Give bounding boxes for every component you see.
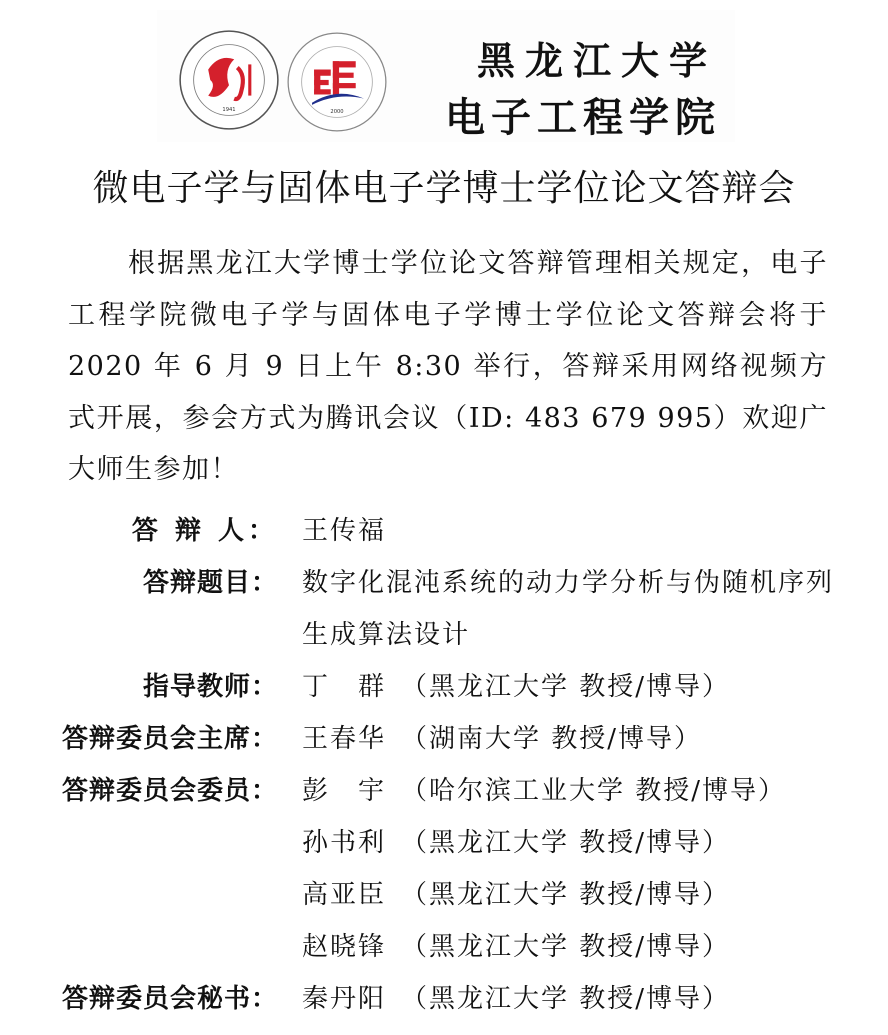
advisor-row: 指导教师： 丁 群 （黑龙江大学 教授/博导） bbox=[0, 666, 888, 706]
topic-row-cont: 生成算法设计 bbox=[0, 614, 888, 654]
advisor-value: 丁 群 （黑龙江大学 教授/博导） bbox=[302, 666, 730, 703]
chair-row: 答辩委员会主席： 王春华 （湖南大学 教授/博导） bbox=[0, 718, 888, 758]
secretary-label: 答辩委员会秘书： bbox=[62, 978, 278, 1015]
secretary-value: 秦丹阳 （黑龙江大学 教授/博导） bbox=[302, 978, 730, 1015]
defendant-label: 答 辩 人： bbox=[132, 510, 278, 547]
svg-text:1941: 1941 bbox=[222, 107, 235, 113]
member-item: 赵晓锋 （黑龙江大学 教授/博导） bbox=[302, 926, 730, 963]
secretary-row: 答辩委员会秘书： 秦丹阳 （黑龙江大学 教授/博导） bbox=[0, 978, 888, 1018]
topic-line2: 生成算法设计 bbox=[302, 614, 470, 651]
members-row: 孙书利 （黑龙江大学 教授/博导） bbox=[0, 822, 888, 862]
defendant-value: 王传福 bbox=[302, 510, 386, 547]
university-name: 黑龙江大学 bbox=[457, 30, 737, 85]
members-row: 高亚臣 （黑龙江大学 教授/博导） bbox=[0, 874, 888, 914]
header-banner: 1941 2000 黑龙江大学 电子工程学院 bbox=[157, 10, 735, 142]
college-name: 电子工程学院 bbox=[443, 86, 723, 143]
heilongjiang-university-logo-icon: 1941 bbox=[177, 28, 281, 132]
topic-line1: 数字化混沌系统的动力学分析与伪随机序列 bbox=[302, 562, 834, 599]
electronic-engineering-college-logo-icon: 2000 bbox=[285, 30, 389, 134]
chair-value: 王春华 （湖南大学 教授/博导） bbox=[302, 718, 702, 755]
chair-label: 答辩委员会主席： bbox=[62, 718, 278, 755]
member-item: 高亚臣 （黑龙江大学 教授/博导） bbox=[302, 874, 730, 911]
members-label: 答辩委员会委员： bbox=[62, 770, 278, 807]
topic-label: 答辩题目： bbox=[143, 562, 278, 599]
page-title: 微电子学与固体电子学博士学位论文答辩会 bbox=[0, 160, 888, 211]
member-item: 彭 宇 （哈尔滨工业大学 教授/博导） bbox=[302, 770, 786, 807]
defendant-row: 答 辩 人： 王传福 bbox=[0, 510, 888, 550]
members-row: 答辩委员会委员： 彭 宇 （哈尔滨工业大学 教授/博导） bbox=[0, 770, 888, 810]
svg-text:2000: 2000 bbox=[330, 109, 343, 115]
member-item: 孙书利 （黑龙江大学 教授/博导） bbox=[302, 822, 730, 859]
members-row: 赵晓锋 （黑龙江大学 教授/博导） bbox=[0, 926, 888, 966]
intro-paragraph: 根据黑龙江大学博士学位论文答辩管理相关规定，电子工程学院微电子学与固体电子学博士… bbox=[68, 238, 828, 496]
topic-row: 答辩题目： 数字化混沌系统的动力学分析与伪随机序列 bbox=[0, 562, 888, 602]
advisor-label: 指导教师： bbox=[143, 666, 278, 703]
